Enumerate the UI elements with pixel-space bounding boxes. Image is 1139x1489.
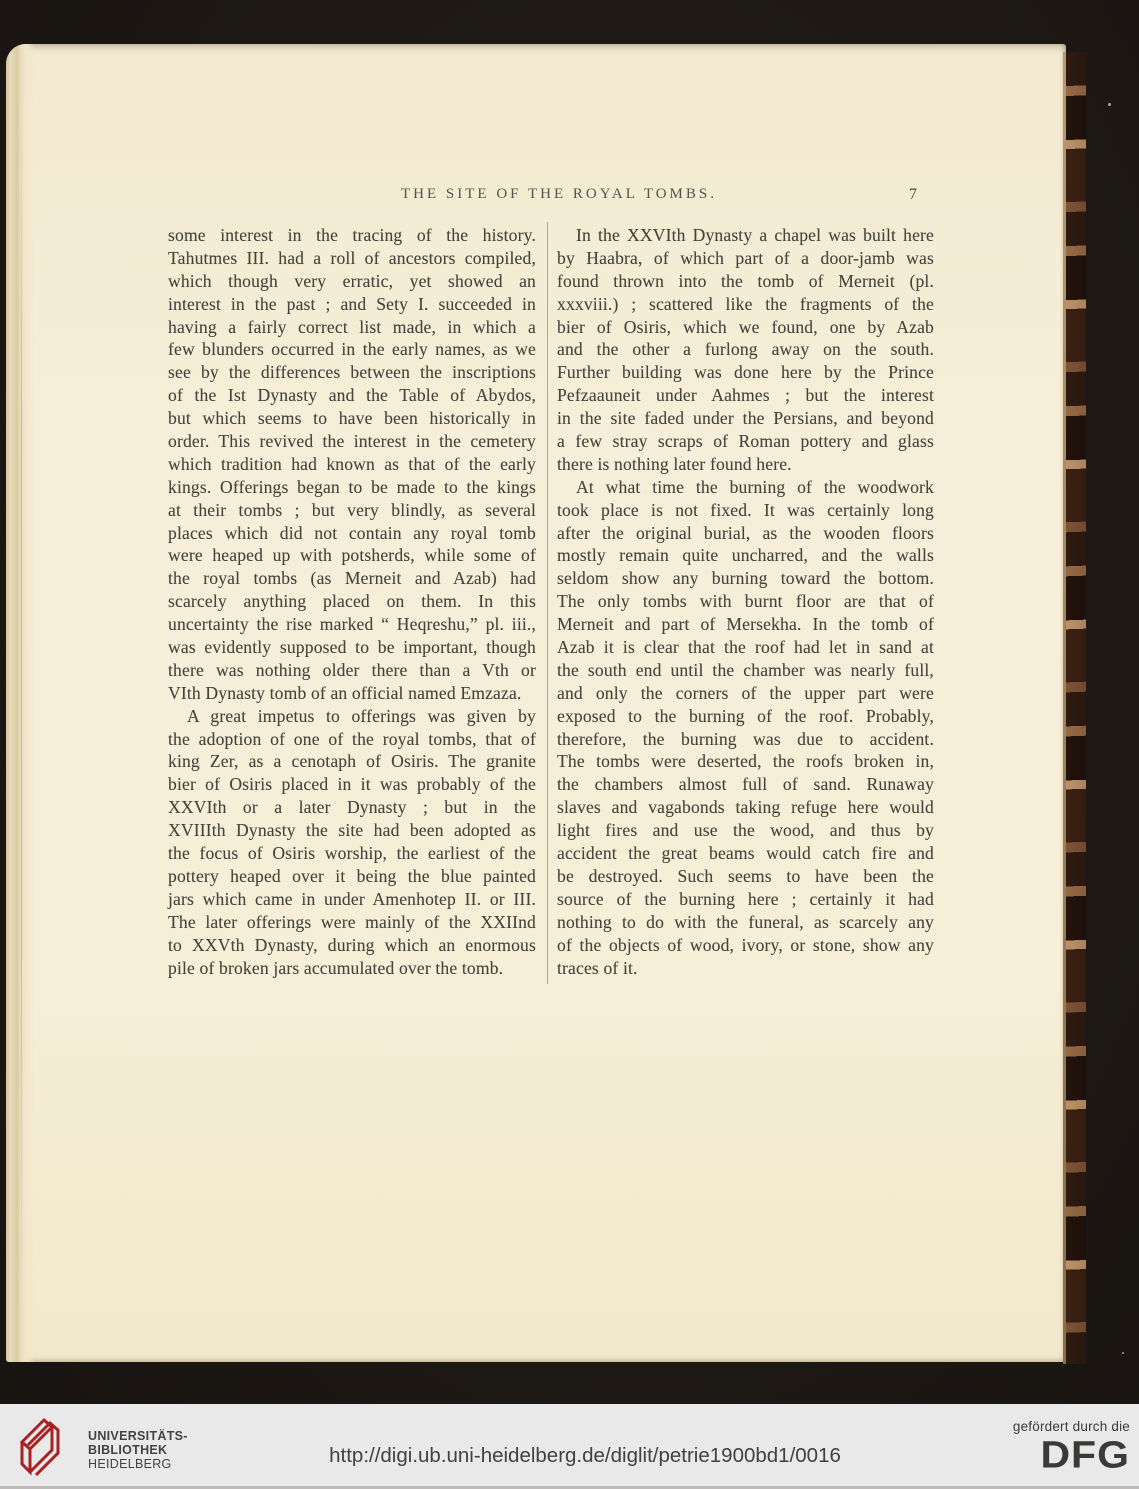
text-line: XXVIth or a later Dynasty ; but in the [168, 796, 536, 819]
text-line: The tombs were deserted, the roofs broke… [557, 750, 934, 773]
text-line: scarcely anything placed on them. In thi… [168, 590, 536, 613]
text-line: At what time the burning of the woodwork [557, 476, 934, 499]
dfg-logo: DFG [1013, 1438, 1130, 1471]
text-line: exposed to the burning of the roof. Prob… [557, 705, 934, 728]
text-line: of the Ist Dynasty and the Table of Abyd… [168, 384, 536, 407]
text-line: the south end until the chamber was near… [557, 659, 934, 682]
text-line: pile of broken jars accumulated over the… [168, 957, 536, 980]
text-line: be destroyed. Such seems to have been th… [557, 865, 934, 888]
text-line: seldom show any burning toward the botto… [557, 567, 934, 590]
text-line: few blunders occurred in the early names… [168, 338, 536, 361]
text-line: jars which came in under Amenhotep II. o… [168, 888, 536, 911]
text-line: A great impetus to offerings was given b… [168, 705, 536, 728]
text-line: there was nothing older there than a Vth… [168, 659, 536, 682]
text-line: king Zer, as a cenotaph of Osiris. The g… [168, 750, 536, 773]
column-left: some interest in the tracing of the hist… [168, 224, 536, 979]
text-line: after the original burial, as the wooden… [557, 522, 934, 545]
text-line: places which did not contain any royal t… [168, 522, 536, 545]
open-book-logo-icon [14, 1415, 80, 1479]
text-line: a few stray scraps of Roman pottery and … [557, 430, 934, 453]
text-line: therefore, the burning was due to accide… [557, 728, 934, 751]
library-logo [14, 1415, 80, 1484]
text-line: Merneit and part of Mersekha. In the tom… [557, 613, 934, 636]
text-line: mostly remain quite uncharred, and the w… [557, 544, 934, 567]
text-line: the royal tombs (as Merneit and Azab) ha… [168, 567, 536, 590]
text-line: slaves and vagabonds taking refuge here … [557, 796, 934, 819]
text-line: bier of Osiris placed in it was probably… [168, 773, 536, 796]
text-line: to XXVth Dynasty, during which an enormo… [168, 934, 536, 957]
text-line: XVIIIth Dynasty the site had been adopte… [168, 819, 536, 842]
text-block: some interest in the tracing of the hist… [168, 224, 938, 984]
text-line: the adoption of one of the royal tombs, … [168, 728, 536, 751]
text-line: Further building was done here by the Pr… [557, 361, 934, 384]
text-line: pottery heaped over it being the blue pa… [168, 865, 536, 888]
column-rule [547, 222, 548, 984]
text-line: were heaped up with potsherds, while som… [168, 544, 536, 567]
text-line: xxxviii.) ; scattered like the fragments… [557, 293, 934, 316]
text-line: interest in the past ; and Sety I. succe… [168, 293, 536, 316]
text-line: accident the great beams would catch fir… [557, 842, 934, 865]
text-line: by Haabra, of which part of a door-jamb … [557, 247, 934, 270]
text-line: In the XXVIth Dynasty a chapel was built… [557, 224, 934, 247]
text-line: light fires and use the wood, and thus b… [557, 819, 934, 842]
text-line: Pefzaauneit under Aahmes ; but the inter… [557, 384, 934, 407]
text-line: at their tombs ; but very blindly, as se… [168, 499, 536, 522]
page-left-edge [6, 44, 36, 1362]
text-line: which tradition had known as that of the… [168, 453, 536, 476]
text-line: nothing to do with the funeral, as scarc… [557, 911, 934, 934]
text-line: but which seems to have been historicall… [168, 407, 536, 430]
scan-source-url: http://digi.ub.uni-heidelberg.de/diglit/… [300, 1444, 870, 1468]
library-name-line: UNIVERSITÄTS- [88, 1429, 188, 1443]
text-line: the focus of Osiris worship, the earlies… [168, 842, 536, 865]
text-line: there is nothing later found here. [557, 453, 934, 476]
book-page: THE SITE OF THE ROYAL TOMBS. 7 some inte… [6, 44, 1066, 1362]
text-line: VIth Dynasty tomb of an official named E… [168, 682, 536, 705]
text-line: found thrown into the tomb of Merneit (p… [557, 270, 934, 293]
digitization-footer: UNIVERSITÄTS- BIBLIOTHEK HEIDELBERG http… [0, 1404, 1139, 1489]
funding-note: gefördert durch die [1013, 1419, 1130, 1434]
text-line: took place is not fixed. It was certainl… [557, 499, 934, 522]
text-line: order. This revived the interest in the … [168, 430, 536, 453]
text-line: The later offerings were mainly of the X… [168, 911, 536, 934]
text-line: in the site faded under the Persians, an… [557, 407, 934, 430]
text-line: and only the corners of the upper part w… [557, 682, 934, 705]
funder-block: gefördert durch die DFG [1013, 1419, 1130, 1474]
text-line: and the other a furlong away on the sout… [557, 338, 934, 361]
text-line: which though very erratic, yet showed an [168, 270, 536, 293]
book-spine-edge [1066, 52, 1086, 1364]
text-line: uncertainty the rise marked “ Heqreshu,”… [168, 613, 536, 636]
text-line: the chambers almost full of sand. Runawa… [557, 773, 934, 796]
text-line: bier of Osiris, which we found, one by A… [557, 316, 934, 339]
text-line: some interest in the tracing of the hist… [168, 224, 536, 247]
scan-speck [1122, 1352, 1124, 1354]
text-line: was evidently supposed to be important, … [168, 636, 536, 659]
page-number: 7 [900, 186, 926, 204]
scan-speck [1108, 103, 1111, 106]
library-name: UNIVERSITÄTS- BIBLIOTHEK HEIDELBERG [88, 1429, 188, 1471]
text-line: having a fairly correct list made, in wh… [168, 316, 536, 339]
text-line: The only tombs with burnt floor are that… [557, 590, 934, 613]
text-line: see by the differences between the inscr… [168, 361, 536, 384]
library-name-line: HEIDELBERG [88, 1457, 188, 1471]
text-line: kings. Offerings began to be made to the… [168, 476, 536, 499]
text-line: of the objects of wood, ivory, or stone,… [557, 934, 934, 957]
running-title: THE SITE OF THE ROYAL TOMBS. [176, 186, 942, 203]
text-line: source of the burning here ; certainly i… [557, 888, 934, 911]
library-name-line: BIBLIOTHEK [88, 1443, 188, 1457]
text-line: traces of it. [557, 957, 934, 980]
column-right: In the XXVIth Dynasty a chapel was built… [557, 224, 934, 979]
text-line: Azab it is clear that the roof had let i… [557, 636, 934, 659]
text-line: Tahutmes III. had a roll of ancestors co… [168, 247, 536, 270]
